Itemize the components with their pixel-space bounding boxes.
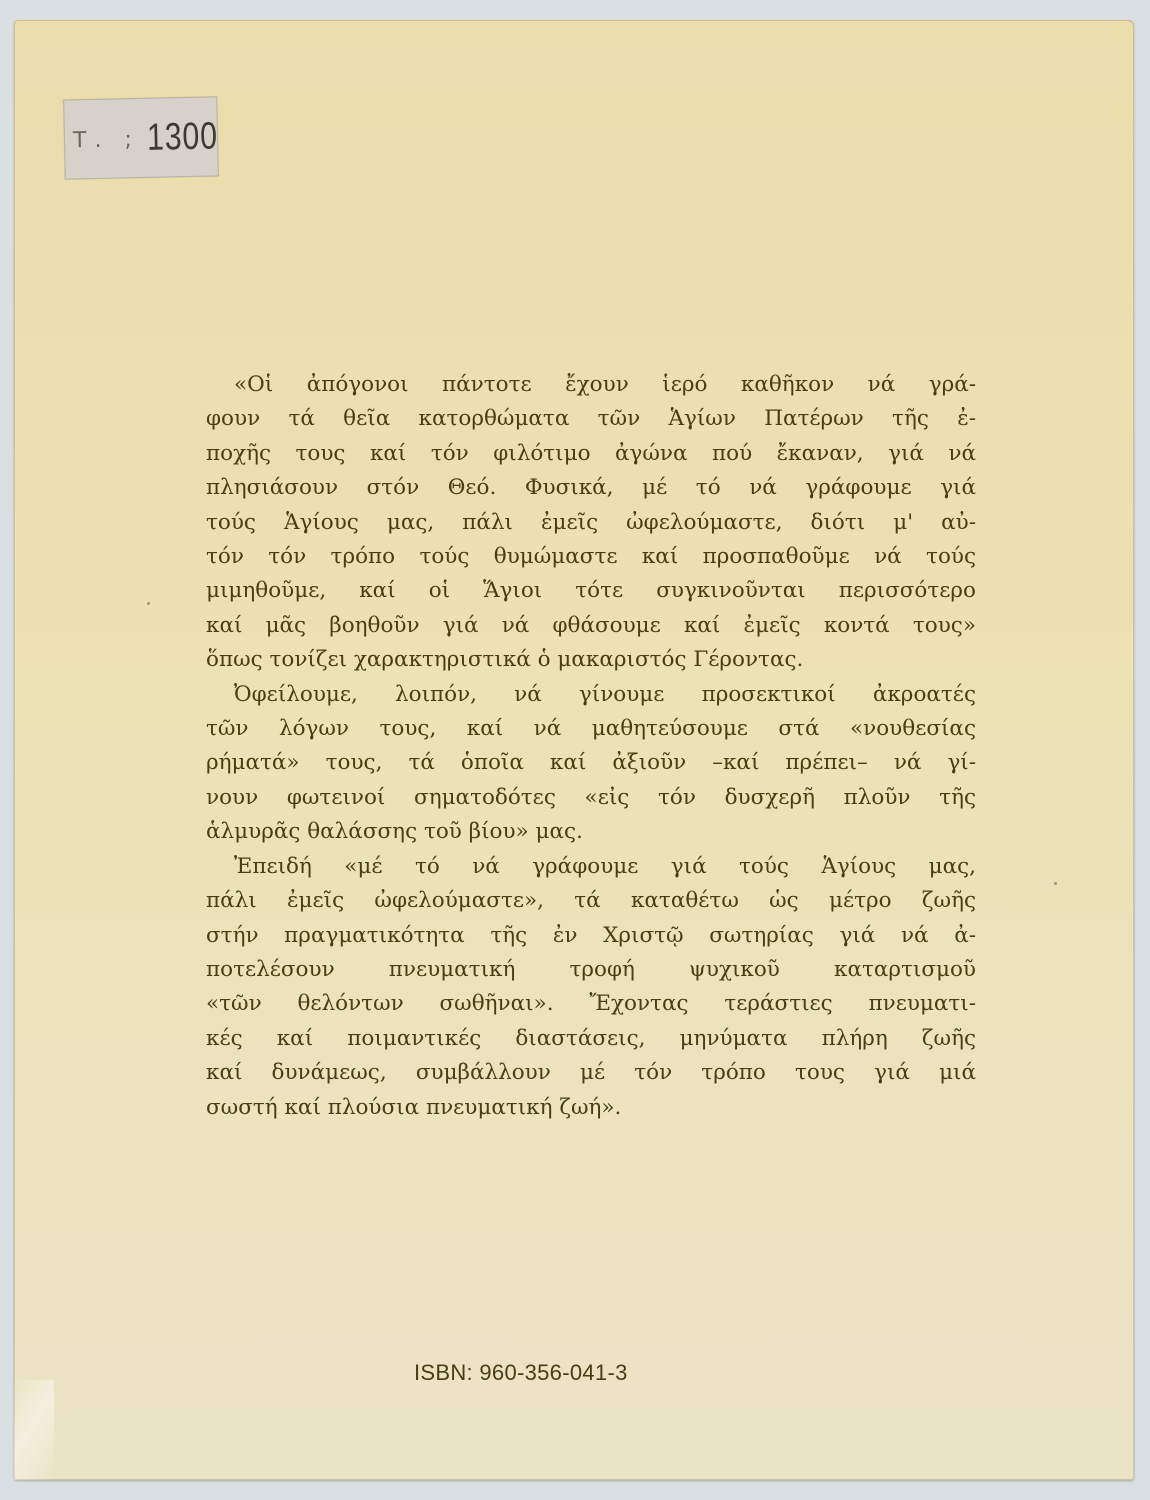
blurb-line: πάλι ἐμεῖς ὠφελούμαστε», τά καταθέτω ὡς … <box>206 884 976 918</box>
blurb-line: ρήματά» τους, τά ὁποῖα καί ἀξιοῦν –καί π… <box>206 746 976 780</box>
blurb-line: πλησιάσουν στόν Θεό. Φυσικά, μέ τό νά γρ… <box>206 471 976 505</box>
blurb-line: καί μᾶς βοηθοῦν γιά νά φθάσουμε καί ἐμεῖ… <box>206 609 976 643</box>
blurb-line: Ὀφείλουμε, λοιπόν, νά γίνουμε προσεκτικο… <box>206 678 976 712</box>
blurb-line: ὅπως τονίζει χαρακτηριστικά ὁ μακαριστός… <box>206 643 976 677</box>
price-value: 1300 <box>147 115 219 159</box>
price-sticker-marks: Τ. ; <box>73 127 140 153</box>
blurb-line: Ἐπειδή «μέ τό νά γράφουμε γιά τούς Ἁγίου… <box>206 850 976 884</box>
blurb-line: ποχῆς τους καί τόν φιλότιμο ἀγώνα πού ἔκ… <box>206 437 976 471</box>
blurb-line: νουν φωτεινοί σηματοδότες «εἰς τόν δυσχε… <box>206 781 976 815</box>
blurb-line: «Οἱ ἀπόγονοι πάντοτε ἔχουν ἱερό καθῆκον … <box>206 368 976 402</box>
blurb-line: τόν τόν τρόπο τούς θυμώμαστε καί προσπαθ… <box>206 540 976 574</box>
speck <box>147 602 150 605</box>
blurb-line: στήν πραγματικότητα τῆς ἐν Χριστῷ σωτηρί… <box>206 919 976 953</box>
blurb-line: κές καί ποιμαντικές διαστάσεις, μηνύματα… <box>206 1022 976 1056</box>
speck <box>1054 882 1057 885</box>
blurb-line: τούς Ἁγίους μας, πάλι ἐμεῖς ὠφελούμαστε,… <box>206 506 976 540</box>
blurb-line: τῶν λόγων τους, καί νά μαθητεύσουμε στά … <box>206 712 976 746</box>
back-cover-blurb: «Οἱ ἀπόγονοι πάντοτε ἔχουν ἱερό καθῆκον … <box>206 368 976 1125</box>
blurb-line: φουν τά θεῖα κατορθώματα τῶν Ἁγίων Πατέρ… <box>206 402 976 436</box>
isbn-number: ISBN: 960-356-041-3 <box>414 1360 628 1386</box>
blurb-line: ποτελέσουν πνευματική τροφή ψυχικοῦ κατα… <box>206 953 976 987</box>
blurb-line: καί δυνάμεως, συμβάλλουν μέ τόν τρόπο το… <box>206 1056 976 1090</box>
light-glare <box>14 1380 54 1480</box>
blurb-line: μιμηθοῦμε, καί οἱ Ἅγιοι τότε συγκινοῦντα… <box>206 574 976 608</box>
price-sticker: Τ. ; 1300 <box>63 96 219 179</box>
blurb-line: «τῶν θελόντων σωθῆναι». Ἔχοντας τεράστιε… <box>206 987 976 1021</box>
blurb-line: ἁλμυρᾶς θαλάσσης τοῦ βίου» μας. <box>206 815 976 849</box>
blurb-line: σωστή καί πλούσια πνευματική ζωή». <box>206 1091 976 1125</box>
